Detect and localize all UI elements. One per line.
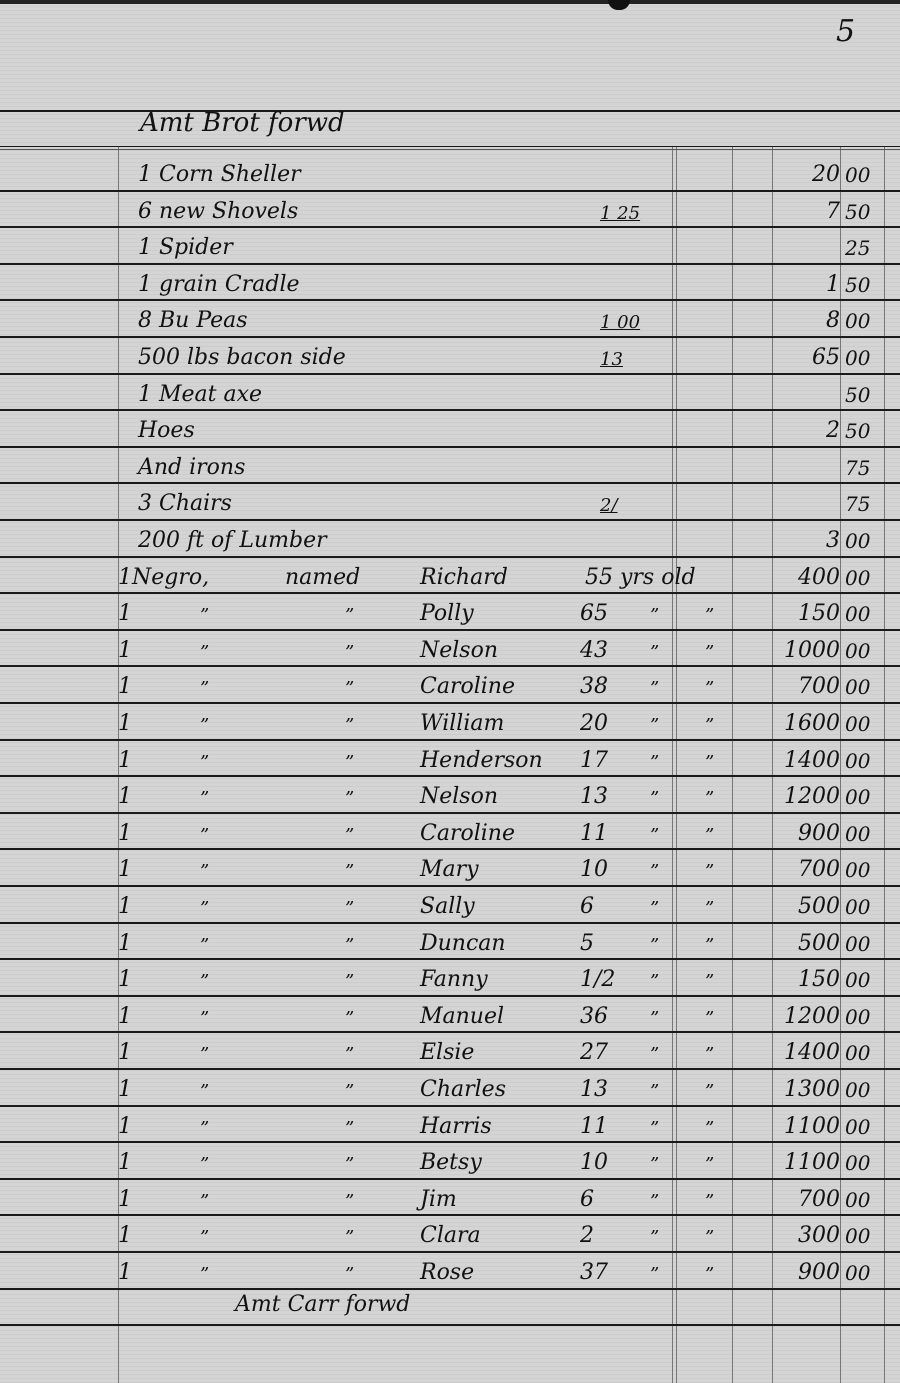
- person-name: Richard: [420, 565, 508, 590]
- person-age: 6: [580, 1187, 594, 1212]
- person-name: Caroline: [420, 674, 515, 699]
- person-value-dollars: 1300: [784, 1077, 840, 1102]
- item-rate: 1 00: [600, 312, 640, 333]
- ditto-mark: ”: [345, 1264, 354, 1285]
- ditto-mark: ”: [200, 715, 209, 736]
- person-age: 11: [580, 1114, 608, 1139]
- person-value-dollars: 900: [798, 1260, 840, 1285]
- ledger-rule: [0, 1178, 900, 1180]
- person-name: Henderson: [420, 748, 543, 773]
- ditto-mark: ”: [200, 752, 209, 773]
- ditto-mark: ”: [345, 605, 354, 626]
- ditto-mark: ”: [200, 1154, 209, 1175]
- ditto-mark: ”: [650, 861, 659, 882]
- ledger-rule: [0, 1251, 900, 1253]
- person-name: Charles: [420, 1077, 506, 1102]
- ledger-rule: [0, 665, 900, 667]
- ditto-mark: ”: [345, 1008, 354, 1029]
- ledger-rule: [0, 1288, 900, 1290]
- ditto-mark: ”: [705, 605, 714, 626]
- ditto-mark: ”: [650, 788, 659, 809]
- ditto-mark: ”: [650, 605, 659, 626]
- ditto-mark: ”: [705, 1008, 714, 1029]
- ditto-mark: ”: [345, 1081, 354, 1102]
- item-dollars: 7: [826, 199, 840, 224]
- item-cents: 75: [845, 456, 870, 480]
- item-dollars: 65: [812, 345, 840, 370]
- person-name: Duncan: [420, 931, 506, 956]
- ledger-rule: [0, 1068, 900, 1070]
- item-cents: 00: [845, 163, 870, 187]
- person-value-cents: 00: [845, 675, 870, 699]
- ledger-person-row: 1””27””Elsie140000: [0, 1033, 900, 1069]
- ledger-rule: [0, 958, 900, 960]
- person-qty: 1: [118, 821, 132, 846]
- person-value-dollars: 400: [798, 565, 840, 590]
- ledger-person-row: 1””5””Duncan50000: [0, 924, 900, 960]
- ditto-mark: ”: [650, 1154, 659, 1175]
- item-description: Hoes: [138, 418, 195, 443]
- ledger-rule: [0, 739, 900, 741]
- ledger-item-row: 1 Spider25: [0, 228, 900, 264]
- ditto-mark: ”: [650, 1044, 659, 1065]
- person-age: 38: [580, 674, 608, 699]
- ditto-mark: ”: [650, 1264, 659, 1285]
- ditto-mark: ”: [650, 825, 659, 846]
- ditto-mark: ”: [200, 1264, 209, 1285]
- ditto-mark: ”: [200, 1044, 209, 1065]
- ledger-rule: [0, 1214, 900, 1216]
- ledger-person-row: 1””43””Nelson100000: [0, 631, 900, 667]
- ledger-rule: [0, 629, 900, 631]
- page-number: 5: [836, 14, 855, 49]
- ledger-item-row: 1 Meat axe50: [0, 375, 900, 411]
- person-qty: 1: [118, 638, 132, 663]
- ditto-mark: ”: [650, 935, 659, 956]
- ditto-mark: ”: [345, 971, 354, 992]
- item-description: 3 Chairs: [138, 491, 232, 516]
- ditto-mark: ”: [345, 1044, 354, 1065]
- ditto-mark: ”: [650, 1081, 659, 1102]
- person-value-cents: 00: [845, 1224, 870, 1248]
- ledger-page: 5 Amt Brot forwd 1 Corn Sheller20006 new…: [0, 0, 900, 1383]
- item-rate: 1 25: [600, 203, 640, 224]
- ditto-mark: ”: [345, 898, 354, 919]
- ledger-rule: [0, 995, 900, 997]
- person-value-dollars: 700: [798, 857, 840, 882]
- person-value-cents: 00: [845, 566, 870, 590]
- person-age: 27: [580, 1040, 608, 1065]
- ditto-mark: ”: [200, 971, 209, 992]
- person-name: Nelson: [420, 784, 498, 809]
- ditto-mark: ”: [650, 1008, 659, 1029]
- header-double-rule: [0, 146, 900, 147]
- ledger-rule: [0, 336, 900, 338]
- item-rate: 2/: [600, 495, 618, 516]
- person-value-dollars: 1100: [784, 1114, 840, 1139]
- ledger-item-row: 6 new Shovels1 25750: [0, 192, 900, 228]
- person-named: named: [285, 565, 360, 590]
- ink-blot: [608, 0, 630, 10]
- ledger-person-row: 1Negro,named55 yrs oldRichard40000: [0, 558, 900, 594]
- ditto-mark: ”: [345, 642, 354, 663]
- ledger-item-row: 1 grain Cradle150: [0, 265, 900, 301]
- person-value-cents: 00: [845, 822, 870, 846]
- item-cents: 00: [845, 309, 870, 333]
- person-name: Rose: [420, 1260, 474, 1285]
- person-age: 17: [580, 748, 608, 773]
- ditto-mark: ”: [345, 861, 354, 882]
- ditto-mark: ”: [200, 898, 209, 919]
- item-description: 1 Meat axe: [138, 382, 262, 407]
- person-age: 13: [580, 784, 608, 809]
- ditto-mark: ”: [705, 642, 714, 663]
- person-name: William: [420, 711, 504, 736]
- ledger-rule: [0, 1141, 900, 1143]
- ledger-rule: [0, 409, 900, 411]
- person-value-cents: 00: [845, 785, 870, 809]
- person-qty: 1: [118, 1223, 132, 1248]
- ledger-person-row: 1””13””Nelson120000: [0, 777, 900, 813]
- ditto-mark: ”: [650, 1118, 659, 1139]
- ditto-mark: ”: [200, 861, 209, 882]
- ledger-person-row: 1””10””Betsy110000: [0, 1143, 900, 1179]
- ditto-mark: ”: [650, 678, 659, 699]
- person-age: 36: [580, 1004, 608, 1029]
- ledger-item-row: 8 Bu Peas1 00800: [0, 301, 900, 337]
- ledger-person-row: 1””10””Mary70000: [0, 850, 900, 886]
- item-cents: 00: [845, 529, 870, 553]
- ledger-rule: [0, 702, 900, 704]
- person-age: 6: [580, 894, 594, 919]
- ledger-rule: [0, 812, 900, 814]
- item-dollars: 3: [826, 528, 840, 553]
- ditto-mark: ”: [705, 1227, 714, 1248]
- ledger-item-row: 1 Corn Sheller2000: [0, 155, 900, 191]
- brought-forward-heading: Amt Brot forwd: [140, 108, 345, 138]
- ditto-mark: ”: [200, 788, 209, 809]
- ledger-person-row: 1””11””Caroline90000: [0, 814, 900, 850]
- ledger-item-row: Hoes250: [0, 411, 900, 447]
- ditto-mark: ”: [705, 971, 714, 992]
- item-description: 1 Spider: [138, 235, 233, 260]
- carried-forward-footer: Amt Carr forwd: [235, 1292, 410, 1317]
- ledger-rule: [0, 446, 900, 448]
- person-value-dollars: 500: [798, 931, 840, 956]
- header-rule: [0, 110, 900, 112]
- ledger-rule: [0, 885, 900, 887]
- ditto-mark: ”: [705, 1264, 714, 1285]
- item-dollars: 20: [812, 162, 840, 187]
- person-qty: 1: [118, 857, 132, 882]
- ditto-mark: ”: [200, 1008, 209, 1029]
- person-value-dollars: 700: [798, 674, 840, 699]
- ditto-mark: ”: [705, 752, 714, 773]
- ledger-rule: [0, 1324, 900, 1326]
- person-age: 2: [580, 1223, 594, 1248]
- ditto-mark: ”: [345, 788, 354, 809]
- person-age: 10: [580, 857, 608, 882]
- person-age: 37: [580, 1260, 608, 1285]
- person-name: Elsie: [420, 1040, 474, 1065]
- ditto-mark: ”: [705, 825, 714, 846]
- person-value-dollars: 1000: [784, 638, 840, 663]
- person-value-cents: 00: [845, 1188, 870, 1212]
- item-cents: 50: [845, 383, 870, 407]
- ledger-rule: [0, 519, 900, 521]
- ledger-person-row: 1””38””Caroline70000: [0, 667, 900, 703]
- ditto-mark: ”: [650, 642, 659, 663]
- item-cents: 75: [845, 492, 870, 516]
- ditto-mark: ”: [200, 642, 209, 663]
- person-age: 13: [580, 1077, 608, 1102]
- person-value-cents: 00: [845, 1261, 870, 1285]
- person-name: Caroline: [420, 821, 515, 846]
- ditto-mark: ”: [650, 898, 659, 919]
- ledger-person-row: 1””65””Polly15000: [0, 594, 900, 630]
- ditto-mark: ”: [650, 1227, 659, 1248]
- ditto-mark: ”: [345, 935, 354, 956]
- ditto-mark: ”: [705, 1191, 714, 1212]
- ditto-mark: ”: [200, 1081, 209, 1102]
- ledger-item-row: 200 ft of Lumber300: [0, 521, 900, 557]
- item-dollars: 1: [826, 272, 840, 297]
- ditto-mark: ”: [200, 825, 209, 846]
- person-age: 1/2: [580, 967, 615, 992]
- person-name: Harris: [420, 1114, 492, 1139]
- ledger-rule: [0, 226, 900, 228]
- ledger-person-row: 1””36””Manuel120000: [0, 997, 900, 1033]
- person-value-dollars: 1600: [784, 711, 840, 736]
- person-value-cents: 00: [845, 895, 870, 919]
- ledger-person-row: 1””37””Rose90000: [0, 1253, 900, 1289]
- ditto-mark: ”: [200, 678, 209, 699]
- person-value-cents: 00: [845, 858, 870, 882]
- ditto-mark: ”: [705, 1118, 714, 1139]
- item-cents: 50: [845, 273, 870, 297]
- person-value-dollars: 900: [798, 821, 840, 846]
- person-age: 10: [580, 1150, 608, 1175]
- person-age: 5: [580, 931, 594, 956]
- ledger-item-row: 3 Chairs2/75: [0, 484, 900, 520]
- person-qty: 1: [118, 1260, 132, 1285]
- person-value-cents: 00: [845, 1078, 870, 1102]
- ditto-mark: ”: [200, 1227, 209, 1248]
- item-cents: 00: [845, 346, 870, 370]
- item-description: 1 Corn Sheller: [138, 162, 301, 187]
- person-qty: 1: [118, 931, 132, 956]
- item-dollars: 8: [826, 308, 840, 333]
- ledger-rule: [0, 482, 900, 484]
- person-name: Jim: [420, 1187, 457, 1212]
- item-cents: 50: [845, 419, 870, 443]
- person-value-dollars: 1100: [784, 1150, 840, 1175]
- ledger-person-row: 1””13””Charles130000: [0, 1070, 900, 1106]
- person-value-cents: 00: [845, 1151, 870, 1175]
- person-qty: 1: [118, 748, 132, 773]
- person-name: Sally: [420, 894, 475, 919]
- person-qty: 1: [118, 1040, 132, 1065]
- ledger-rule: [0, 922, 900, 924]
- ditto-mark: ”: [345, 825, 354, 846]
- person-qty: 1: [118, 1004, 132, 1029]
- person-name: Manuel: [420, 1004, 504, 1029]
- ledger-item-row: And irons75: [0, 448, 900, 484]
- person-age: 20: [580, 711, 608, 736]
- ditto-mark: ”: [705, 1154, 714, 1175]
- person-value-cents: 00: [845, 749, 870, 773]
- ditto-mark: ”: [705, 861, 714, 882]
- item-description: 500 lbs bacon side: [138, 345, 346, 370]
- person-qty: 1: [118, 674, 132, 699]
- person-value-cents: 00: [845, 968, 870, 992]
- person-qty: 1: [118, 1150, 132, 1175]
- ditto-mark: ”: [200, 935, 209, 956]
- ditto-mark: ”: [200, 1118, 209, 1139]
- person-age: 55 yrs old: [585, 565, 696, 590]
- person-qty: 1: [118, 711, 132, 736]
- person-value-dollars: 150: [798, 967, 840, 992]
- person-value-dollars: 1200: [784, 784, 840, 809]
- person-value-dollars: 150: [798, 601, 840, 626]
- item-description: 6 new Shovels: [138, 199, 298, 224]
- person-name: Clara: [420, 1223, 481, 1248]
- ledger-rule: [0, 556, 900, 558]
- person-age: 65: [580, 601, 608, 626]
- ditto-mark: ”: [705, 788, 714, 809]
- ledger-person-row: 1””1/2””Fanny15000: [0, 960, 900, 996]
- ditto-mark: ”: [705, 898, 714, 919]
- person-value-cents: 00: [845, 639, 870, 663]
- person-age: 11: [580, 821, 608, 846]
- person-qty: 1: [118, 601, 132, 626]
- person-description: Negro,: [132, 565, 209, 590]
- scan-top-edge: [0, 0, 900, 4]
- person-name: Betsy: [420, 1150, 482, 1175]
- ledger-rule: [0, 263, 900, 265]
- ledger-rule: [0, 1031, 900, 1033]
- person-name: Nelson: [420, 638, 498, 663]
- ledger-rule: [0, 848, 900, 850]
- ditto-mark: ”: [650, 752, 659, 773]
- ledger-person-row: 1””11””Harris110000: [0, 1107, 900, 1143]
- ditto-mark: ”: [200, 605, 209, 626]
- ditto-mark: ”: [650, 715, 659, 736]
- ditto-mark: ”: [650, 971, 659, 992]
- person-age: 43: [580, 638, 608, 663]
- person-qty: 1: [118, 1114, 132, 1139]
- person-value-dollars: 300: [798, 1223, 840, 1248]
- person-qty: 1: [118, 894, 132, 919]
- person-value-cents: 00: [845, 1005, 870, 1029]
- ledger-person-row: 1””17””Henderson140000: [0, 741, 900, 777]
- item-rate: 13: [600, 349, 623, 370]
- ledger-rule: [0, 373, 900, 375]
- person-qty: 1: [118, 1077, 132, 1102]
- ledger-rule: [0, 190, 900, 192]
- ditto-mark: ”: [345, 1227, 354, 1248]
- ditto-mark: ”: [200, 1191, 209, 1212]
- ditto-mark: ”: [705, 1081, 714, 1102]
- ditto-mark: ”: [345, 678, 354, 699]
- ditto-mark: ”: [345, 1154, 354, 1175]
- item-description: 200 ft of Lumber: [138, 528, 327, 553]
- person-value-dollars: 1400: [784, 1040, 840, 1065]
- person-value-cents: 00: [845, 932, 870, 956]
- person-value-dollars: 1200: [784, 1004, 840, 1029]
- person-value-dollars: 700: [798, 1187, 840, 1212]
- ledger-person-row: 1””6””Jim70000: [0, 1180, 900, 1216]
- item-dollars: 2: [826, 418, 840, 443]
- ledger-item-row: 500 lbs bacon side136500: [0, 338, 900, 374]
- person-name: Fanny: [420, 967, 488, 992]
- ditto-mark: ”: [705, 678, 714, 699]
- person-value-cents: 00: [845, 712, 870, 736]
- person-value-cents: 00: [845, 1115, 870, 1139]
- person-qty: 1: [118, 565, 132, 590]
- item-description: 1 grain Cradle: [138, 272, 300, 297]
- ditto-mark: ”: [705, 935, 714, 956]
- person-qty: 1: [118, 967, 132, 992]
- ledger-rule: [0, 299, 900, 301]
- person-value-cents: 00: [845, 602, 870, 626]
- person-value-dollars: 500: [798, 894, 840, 919]
- ledger-person-row: 1””20””William160000: [0, 704, 900, 740]
- ledger-rule: [0, 1105, 900, 1107]
- item-description: 8 Bu Peas: [138, 308, 248, 333]
- item-cents: 25: [845, 236, 870, 260]
- person-name: Polly: [420, 601, 474, 626]
- ditto-mark: ”: [345, 752, 354, 773]
- ledger-person-row: 1””6””Sally50000: [0, 887, 900, 923]
- item-cents: 50: [845, 200, 870, 224]
- ledger-person-row: 1””2””Clara30000: [0, 1216, 900, 1252]
- person-value-dollars: 1400: [784, 748, 840, 773]
- ditto-mark: ”: [345, 1118, 354, 1139]
- person-value-cents: 00: [845, 1041, 870, 1065]
- ditto-mark: ”: [705, 715, 714, 736]
- ledger-rule: [0, 592, 900, 594]
- ditto-mark: ”: [705, 1044, 714, 1065]
- item-description: And irons: [138, 455, 245, 480]
- ditto-mark: ”: [345, 715, 354, 736]
- ledger-rule: [0, 775, 900, 777]
- person-name: Mary: [420, 857, 479, 882]
- person-qty: 1: [118, 784, 132, 809]
- ditto-mark: ”: [650, 1191, 659, 1212]
- person-qty: 1: [118, 1187, 132, 1212]
- ditto-mark: ”: [345, 1191, 354, 1212]
